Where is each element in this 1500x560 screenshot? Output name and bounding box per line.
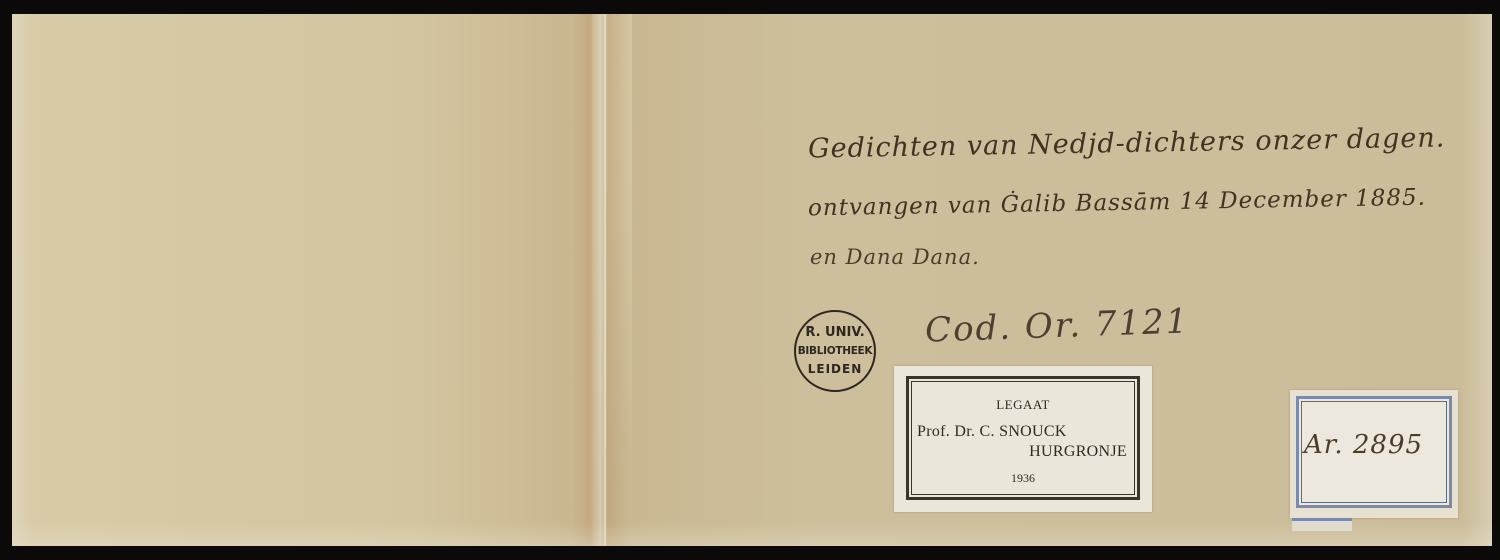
number-label-text: Ar. 2895 <box>1304 430 1423 460</box>
scan-canvas: Gedichten van Nedjd-dichters onzer dagen… <box>0 0 1500 560</box>
cover-left-panel <box>12 14 592 546</box>
stamp-line-2: BIBLIOTHEEK <box>798 342 873 360</box>
cover-spine-fold <box>572 14 632 546</box>
stamp-line-1: R. UNIV. <box>805 324 864 342</box>
stamp-line-3: LEIDEN <box>808 360 863 378</box>
inscription-line-3: en Dana Dana. <box>810 245 980 269</box>
spine-crease <box>604 14 606 546</box>
legaat-year: 1936 <box>909 471 1137 486</box>
paper-edge-left <box>12 14 34 546</box>
legaat-title: LEGAAT <box>909 397 1137 413</box>
paper-edge-right <box>1462 14 1492 546</box>
legaat-label-frame: LEGAAT Prof. Dr. C. SNOUCK HURGRONJE 193… <box>906 376 1140 500</box>
manuscript-cover <box>12 14 1492 546</box>
legaat-name-line-2: HURGRONJE <box>1029 443 1127 461</box>
paper-edge-bottom <box>12 522 1492 546</box>
number-label: Ar. 2895 <box>1290 390 1458 518</box>
legaat-label: LEGAAT Prof. Dr. C. SNOUCK HURGRONJE 193… <box>894 366 1152 512</box>
number-label-torn-tab <box>1292 518 1352 531</box>
library-stamp: R. UNIV. BIBLIOTHEEK LEIDEN <box>794 310 876 392</box>
legaat-name-line-1: Prof. Dr. C. SNOUCK <box>917 423 1067 441</box>
